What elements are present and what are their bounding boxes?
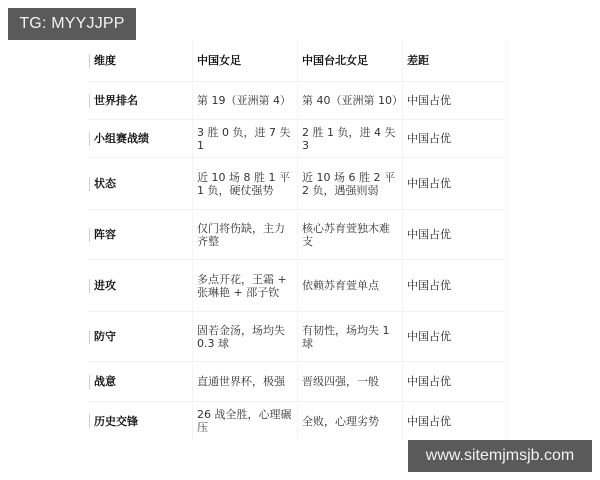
table-row: 进攻 多点开花，王霜 + 张琳艳 + 邵子钦 依赖苏育萱单点 中国占优: [88, 260, 508, 312]
cell-china: 固若金汤，场均失 0.3 球: [193, 312, 298, 361]
cell-dimension: 世界排名: [88, 82, 193, 119]
cell-china: 直通世界杯，极强: [193, 362, 298, 401]
cell-gap: 中国占优: [403, 120, 508, 157]
cell-dimension: 防守: [88, 312, 193, 361]
cell-dimension: 小组赛战绩: [88, 120, 193, 157]
cell-gap: 中国占优: [403, 312, 508, 361]
cell-gap: 中国占优: [403, 158, 508, 209]
table-row: 小组赛战绩 3 胜 0 负，进 7 失 1 2 胜 1 负，进 4 失 3 中国…: [88, 120, 508, 158]
cell-gap: 中国占优: [403, 210, 508, 259]
cell-china: 3 胜 0 负，进 7 失 1: [193, 120, 298, 157]
header-china: 中国女足: [193, 40, 298, 81]
cell-china: 仅门将伤缺，主力齐整: [193, 210, 298, 259]
cell-taipei: 晋级四强，一般: [298, 362, 403, 401]
cell-taipei: 依赖苏育萱单点: [298, 260, 403, 311]
table-header-row: 维度 中国女足 中国台北女足 差距: [88, 40, 508, 82]
cell-taipei: 核心苏育萱独木难支: [298, 210, 403, 259]
cell-taipei: 近 10 场 6 胜 2 平 2 负，遇强则弱: [298, 158, 403, 209]
cell-taipei: 全败，心理劣势: [298, 402, 403, 440]
watermark-bottom: www.sitemjmsjb.com: [408, 440, 592, 472]
cell-taipei: 2 胜 1 负，进 4 失 3: [298, 120, 403, 157]
cell-gap: 中国占优: [403, 260, 508, 311]
cell-gap: 中国占优: [403, 82, 508, 119]
header-dimension: 维度: [88, 40, 193, 81]
table-row: 世界排名 第 19（亚洲第 4） 第 40（亚洲第 10） 中国占优: [88, 82, 508, 120]
comparison-table: 维度 中国女足 中国台北女足 差距 世界排名 第 19（亚洲第 4） 第 40（…: [88, 40, 508, 440]
table-row: 历史交锋 26 战全胜，心理碾压 全败，心理劣势 中国占优: [88, 402, 508, 440]
table-row: 防守 固若金汤，场均失 0.3 球 有韧性，场均失 1 球 中国占优: [88, 312, 508, 362]
table-row: 战意 直通世界杯，极强 晋级四强，一般 中国占优: [88, 362, 508, 402]
cell-taipei: 有韧性，场均失 1 球: [298, 312, 403, 361]
cell-china: 近 10 场 8 胜 1 平 1 负，硬仗强势: [193, 158, 298, 209]
cell-dimension: 历史交锋: [88, 402, 193, 440]
cell-gap: 中国占优: [403, 362, 508, 401]
cell-dimension: 状态: [88, 158, 193, 209]
table-row: 状态 近 10 场 8 胜 1 平 1 负，硬仗强势 近 10 场 6 胜 2 …: [88, 158, 508, 210]
cell-china: 多点开花，王霜 + 张琳艳 + 邵子钦: [193, 260, 298, 311]
watermark-top: TG: MYYJJPP: [8, 8, 136, 40]
cell-dimension: 战意: [88, 362, 193, 401]
cell-china: 第 19（亚洲第 4）: [193, 82, 298, 119]
header-taipei: 中国台北女足: [298, 40, 403, 81]
cell-china: 26 战全胜，心理碾压: [193, 402, 298, 440]
table-row: 阵容 仅门将伤缺，主力齐整 核心苏育萱独木难支 中国占优: [88, 210, 508, 260]
cell-gap: 中国占优: [403, 402, 508, 440]
cell-taipei: 第 40（亚洲第 10）: [298, 82, 403, 119]
cell-dimension: 阵容: [88, 210, 193, 259]
cell-dimension: 进攻: [88, 260, 193, 311]
header-gap: 差距: [403, 40, 508, 81]
